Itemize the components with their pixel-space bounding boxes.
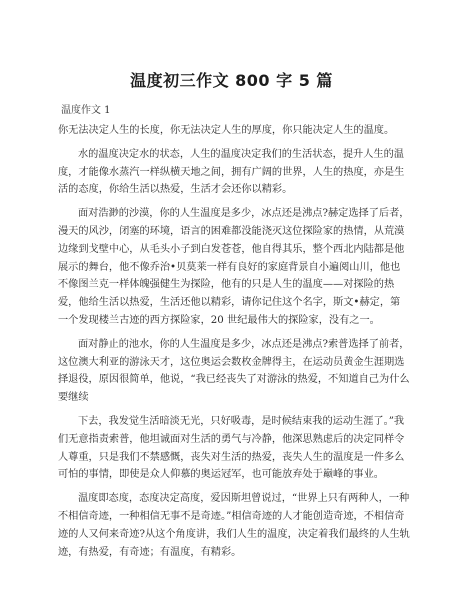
document-title: 温度初三作文 800 字 5 篇 [0, 68, 463, 91]
paragraph: 面对浩渺的沙漠，你的人生温度是多少，冰点还是沸点?赫定选择了后者，漫天的风沙，闭… [58, 205, 410, 330]
section-heading: 温度作文 1 [61, 101, 111, 116]
paragraph: 温度即态度，态度决定高度，爱因斯坦曾说过，“世界上只有两种人，一种不相信奇迹，一… [58, 490, 410, 561]
paragraph: 你无法决定人生的长度，你无法决定人生的厚度，你只能决定人生的温度。 [58, 122, 410, 140]
paragraph: 水的温度决定水的状态，人生的温度决定我们的生活状态，提升人生的温度，才能像水蒸汽… [58, 146, 410, 199]
paragraph: 面对静止的池水，你的人生温度是多少，冰点还是沸点?索普选择了前者，这位澳大利亚的… [58, 336, 410, 407]
document-page: 温度初三作文 800 字 5 篇 温度作文 1 你无法决定人生的长度，你无法决定… [0, 0, 463, 600]
paragraph: 下去，我发觉生活暗淡无光，只好吸毒，是时候结束我的运动生涯了。”我们无意指责索普… [58, 413, 410, 484]
document-body: 你无法决定人生的长度，你无法决定人生的厚度，你只能决定人生的温度。 水的温度决定… [58, 122, 410, 567]
